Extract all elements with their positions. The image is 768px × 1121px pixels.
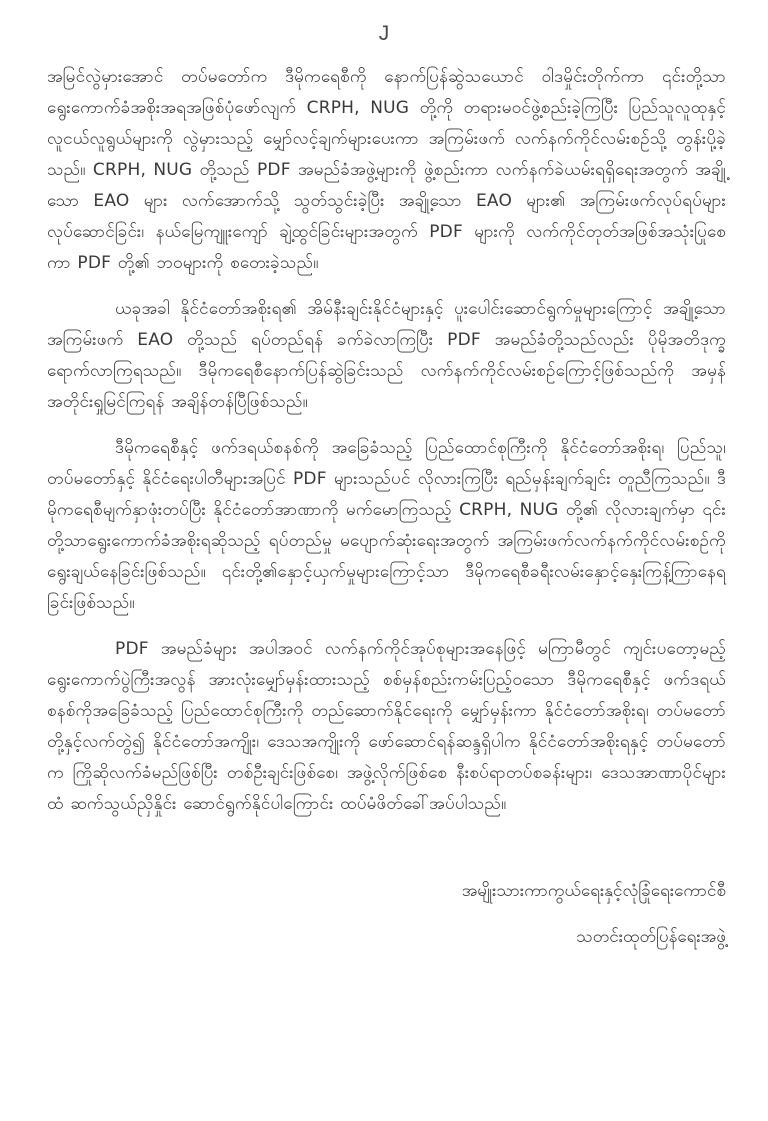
- paragraph-4: PDF အမည်ခံများ အပါအဝင် လက်နက်ကိုင်အုပ်စု…: [47, 634, 726, 820]
- paragraph-1: အမြင်လွဲမှားအောင် တပ်မတော်က ဒီမိုကရေစီကိ…: [47, 62, 726, 279]
- paragraph-3: ဒီမိုကရေစီနှင့် ဖက်ဒရယ်စနစ်ကို အခြေခံသည့…: [47, 433, 726, 619]
- document-page: J အမြင်လွဲမှားအောင် တပ်မတော်က ဒီမိုကရေစီ…: [0, 0, 768, 1121]
- signature-organization: အမျိုးသားကာကွယ်ရေးနှင့်လုံခြုံရေးကောင်စီ: [0, 868, 726, 914]
- signature-department: သတင်းထုတ်ပြန်ရေးအဖွဲ့: [0, 914, 726, 960]
- document-body: အမြင်လွဲမှားအောင် တပ်မတော်က ဒီမိုကရေစီကိ…: [0, 46, 768, 820]
- signature-block: အမျိုးသားကာကွယ်ရေးနှင့်လုံခြုံရေးကောင်စီ…: [0, 868, 768, 960]
- paragraph-2: ယခုအခါ နိုင်ငံတော်အစိုးရ၏ အိမ်နီးချင်းနိ…: [47, 294, 726, 418]
- page-number: J: [0, 0, 768, 46]
